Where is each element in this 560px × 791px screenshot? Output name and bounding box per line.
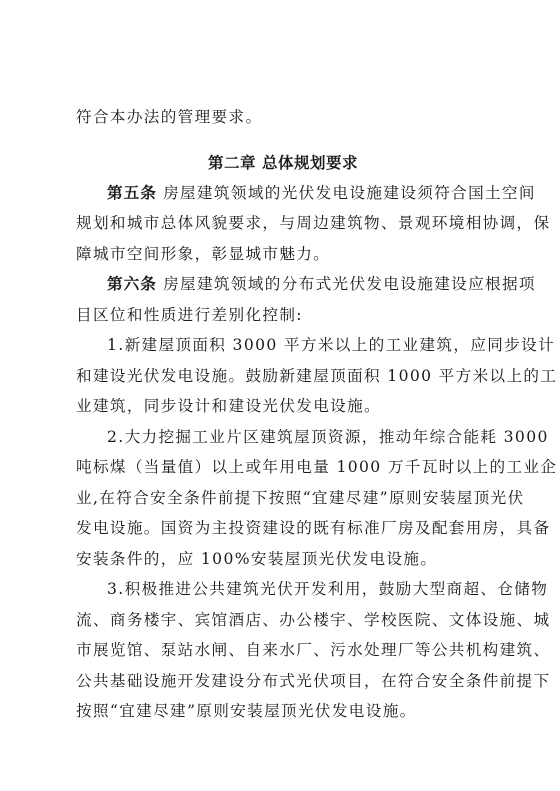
paragraph-line: 第六条 房屋建筑领域的分布式光伏发电设施建设应根据项 [76,269,490,300]
paragraph-line: 业建筑，同步设计和建设光伏发电设施。 [76,391,490,422]
article-5: 第五条 房屋建筑领域的光伏发电设施建设须符合国土空间 规划和城市总体风貌要求，与… [76,178,490,270]
item-2: 2.大力挖掘工业片区建筑屋顶资源，推动年综合能耗 3000 吨标煤（当量值）以上… [76,422,490,575]
paragraph-line: 1.新建屋顶面积 3000 平方米以上的工业建筑，应同步设计 [76,330,490,361]
chapter-heading: 第二章 总体规划要求 [76,148,490,178]
paragraph-line: 发电设施。国资为主投资建设的既有标准厂房及配套用房，具备 [76,513,490,544]
paragraph-line: 流、商务楼宇、宾馆酒店、办公楼宇、学校医院、文体设施、城 [76,605,490,636]
paragraph-line: 业,在符合安全条件前提下按照“宜建尽建”原则安装屋顶光伏 [76,483,490,514]
article-text: 房屋建筑领域的分布式光伏发电设施建设应根据项 [157,275,536,293]
paragraph-line: 3.积极推进公共建筑光伏开发利用，鼓励大型商超、仓储物 [76,574,490,605]
article-6: 第六条 房屋建筑领域的分布式光伏发电设施建设应根据项 目区位和性质进行差别化控制… [76,269,490,330]
paragraph-line: 吨标煤（当量值）以上或年用电量 1000 万千瓦时以上的工业企 [76,452,490,483]
article-label: 第五条 [107,183,157,202]
paragraph-line: 符合本办法的管理要求。 [76,102,490,133]
paragraph-line: 目区位和性质进行差别化控制: [76,300,490,331]
paragraph-line: 规划和城市总体风貌要求，与周边建筑物、景观环境相协调，保 [76,208,490,239]
paragraph-line: 障城市空间形象，彰显城市魅力。 [76,239,490,270]
paragraph-line: 第五条 房屋建筑领域的光伏发电设施建设须符合国土空间 [76,178,490,209]
article-label: 第六条 [107,274,157,293]
item-1: 1.新建屋顶面积 3000 平方米以上的工业建筑，应同步设计 和建设光伏发电设施… [76,330,490,422]
item-3: 3.积极推进公共建筑光伏开发利用，鼓励大型商超、仓储物 流、商务楼宇、宾馆酒店、… [76,574,490,727]
paragraph-line: 按照“宜建尽建”原则安装屋顶光伏发电设施。 [76,696,490,727]
document-page: 符合本办法的管理要求。 第二章 总体规划要求 第五条 房屋建筑领域的光伏发电设施… [76,102,490,727]
paragraph-line: 2.大力挖掘工业片区建筑屋顶资源，推动年综合能耗 3000 [76,422,490,453]
paragraph-line: 公共基础设施开发建设分布式光伏项目，在符合安全条件前提下 [76,666,490,697]
paragraph-line: 市展览馆、泵站水闸、自来水厂、污水处理厂等公共机构建筑、 [76,635,490,666]
paragraph-line: 安装条件的，应 100%安装屋顶光伏发电设施。 [76,544,490,575]
paragraph-line: 和建设光伏发电设施。鼓励新建屋顶面积 1000 平方米以上的工 [76,361,490,392]
article-text: 房屋建筑领域的光伏发电设施建设须符合国土空间 [157,184,536,202]
